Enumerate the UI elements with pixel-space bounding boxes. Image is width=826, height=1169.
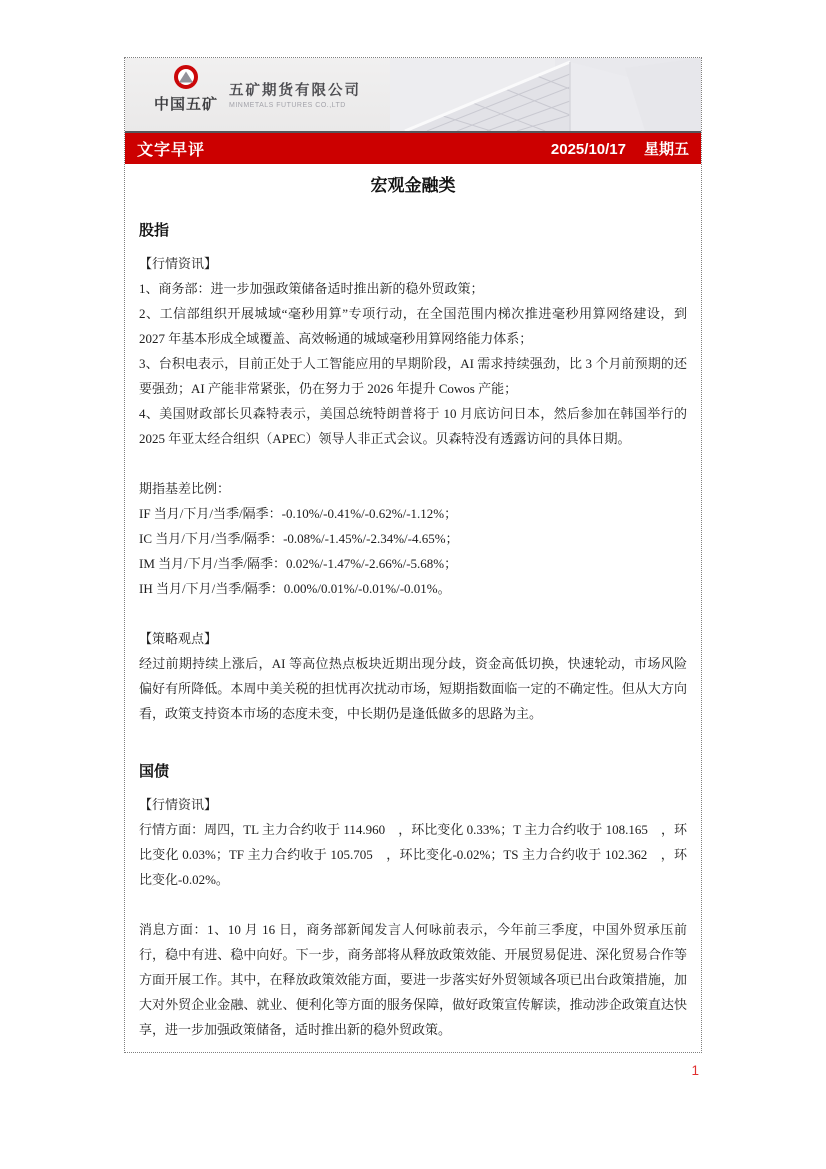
basis-ratio-line-ic: IC 当月/下月/当季/隔季：-0.08%/-1.45%/-2.34%/-4.6… bbox=[139, 526, 687, 551]
company-name-block: 五矿期货有限公司 MINMETALS FUTURES CO.,LTD bbox=[229, 79, 361, 109]
stock-news-item: 3、台积电表示，目前正处于人工智能应用的早期阶段，AI 需求持续强劲，比 3 个… bbox=[139, 351, 687, 401]
basis-ratio-line-im: IM 当月/下月/当季/隔季：0.02%/-1.47%/-2.66%/-5.68… bbox=[139, 551, 687, 576]
basis-ratio-line-ih: IH 当月/下月/当季/隔季：0.00%/0.01%/-0.01%/-0.01%… bbox=[139, 576, 687, 601]
section-heading-bonds: 国债 bbox=[139, 762, 687, 782]
banner-date-value: 2025/10/17 bbox=[551, 141, 626, 158]
page-number: 1 bbox=[124, 1061, 702, 1081]
category-title: 宏观金融类 bbox=[139, 175, 687, 197]
stock-info-label: 【行情资讯】 bbox=[139, 251, 687, 276]
minmetals-logo-icon bbox=[171, 64, 201, 92]
report-header: 中国五矿 五矿期货有限公司 MINMETALS FUTURES CO.,LTD bbox=[125, 58, 701, 133]
company-name-en: MINMETALS FUTURES CO.,LTD bbox=[229, 102, 361, 109]
company-name-cn: 五矿期货有限公司 bbox=[229, 79, 361, 100]
stock-news-item: 2、工信部组织开展城域“毫秒用算”专项行动，在全国范围内梯次推进毫秒用算网络建设… bbox=[139, 301, 687, 351]
strategy-text: 经过前期持续上涨后，AI 等高位热点板块近期出现分歧，资金高低切换，快速轮动，市… bbox=[139, 651, 687, 726]
stock-news-item: 1、商务部：进一步加强政策储备适时推出新的稳外贸政策； bbox=[139, 276, 687, 301]
spacer bbox=[139, 601, 687, 626]
banner-date: 2025/10/17星期五 bbox=[551, 138, 689, 159]
report-container: 中国五矿 五矿期货有限公司 MINMETALS FUTURES CO.,LTD … bbox=[124, 57, 702, 1053]
bonds-news-text: 消息方面：1、10 月 16 日，商务部新闻发言人何咏前表示，今年前三季度，中国… bbox=[139, 917, 687, 1042]
bonds-info-label: 【行情资讯】 bbox=[139, 792, 687, 817]
section-heading-stock-index: 股指 bbox=[139, 221, 687, 241]
banner-weekday: 星期五 bbox=[644, 141, 689, 158]
basis-ratio-label: 期指基差比例： bbox=[139, 476, 687, 501]
basis-ratio-line-if: IF 当月/下月/当季/隔季：-0.10%/-0.41%/-0.62%/-1.1… bbox=[139, 501, 687, 526]
stock-news-item: 4、美国财政部长贝森特表示，美国总统特朗普将于 10 月底访问日本，然后参加在韩… bbox=[139, 401, 687, 451]
title-banner: 文字早评 2025/10/17星期五 bbox=[125, 133, 701, 164]
spacer bbox=[139, 892, 687, 917]
company-logo: 中国五矿 bbox=[147, 64, 225, 114]
logo-text: 中国五矿 bbox=[147, 93, 225, 114]
spacer bbox=[139, 451, 687, 476]
bonds-market-text: 行情方面：周四，TL 主力合约收于 114.960 ，环比变化 0.33%；T … bbox=[139, 817, 687, 892]
banner-title: 文字早评 bbox=[137, 137, 205, 160]
report-body: 宏观金融类 股指 【行情资讯】 1、商务部：进一步加强政策储备适时推出新的稳外贸… bbox=[125, 164, 701, 1042]
strategy-label: 【策略观点】 bbox=[139, 626, 687, 651]
